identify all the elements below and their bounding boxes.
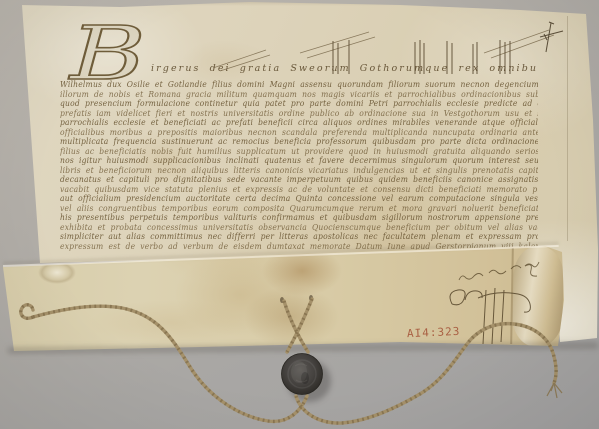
plica-stain	[244, 286, 339, 348]
plica-roll	[512, 245, 565, 347]
cross-mark	[540, 22, 563, 52]
manuscript-line: multiplicata frequencia sustinuerunt ac …	[60, 137, 538, 147]
manuscript-line: Wilhelmus dux Osilie et Gotlandie filius…	[60, 80, 538, 90]
manuscript-line: simpliciter aut alias committimus nec di…	[60, 232, 538, 242]
plica-stain	[175, 252, 305, 337]
manuscript-line: aut officialium presidencium auctoritate…	[60, 194, 538, 204]
seal-shadow	[287, 360, 331, 402]
archive-reference-stamp: AI4:323	[407, 325, 461, 340]
manuscript-first-line: irgerus dei gratia Sweorum Gothorumque r…	[151, 63, 538, 80]
manuscript-line: parrochialis ecclesie et beneficiati ac …	[60, 118, 538, 128]
manuscript-line: quod presencium formulacione continetur …	[60, 99, 538, 109]
plica-stain	[90, 300, 250, 345]
manuscript-line: his presentibus perpetuis temporibus val…	[60, 213, 538, 223]
cord-fray	[547, 383, 562, 398]
crease-line	[567, 16, 568, 241]
photo-background: irgerus dei gratia Sweorum Gothorumque r…	[0, 0, 599, 429]
manuscript-line: nos igitur huiusmodi supplicacionibus in…	[60, 156, 538, 166]
manuscript-line: decanatus et capituli pro dignitatibus s…	[60, 175, 538, 185]
